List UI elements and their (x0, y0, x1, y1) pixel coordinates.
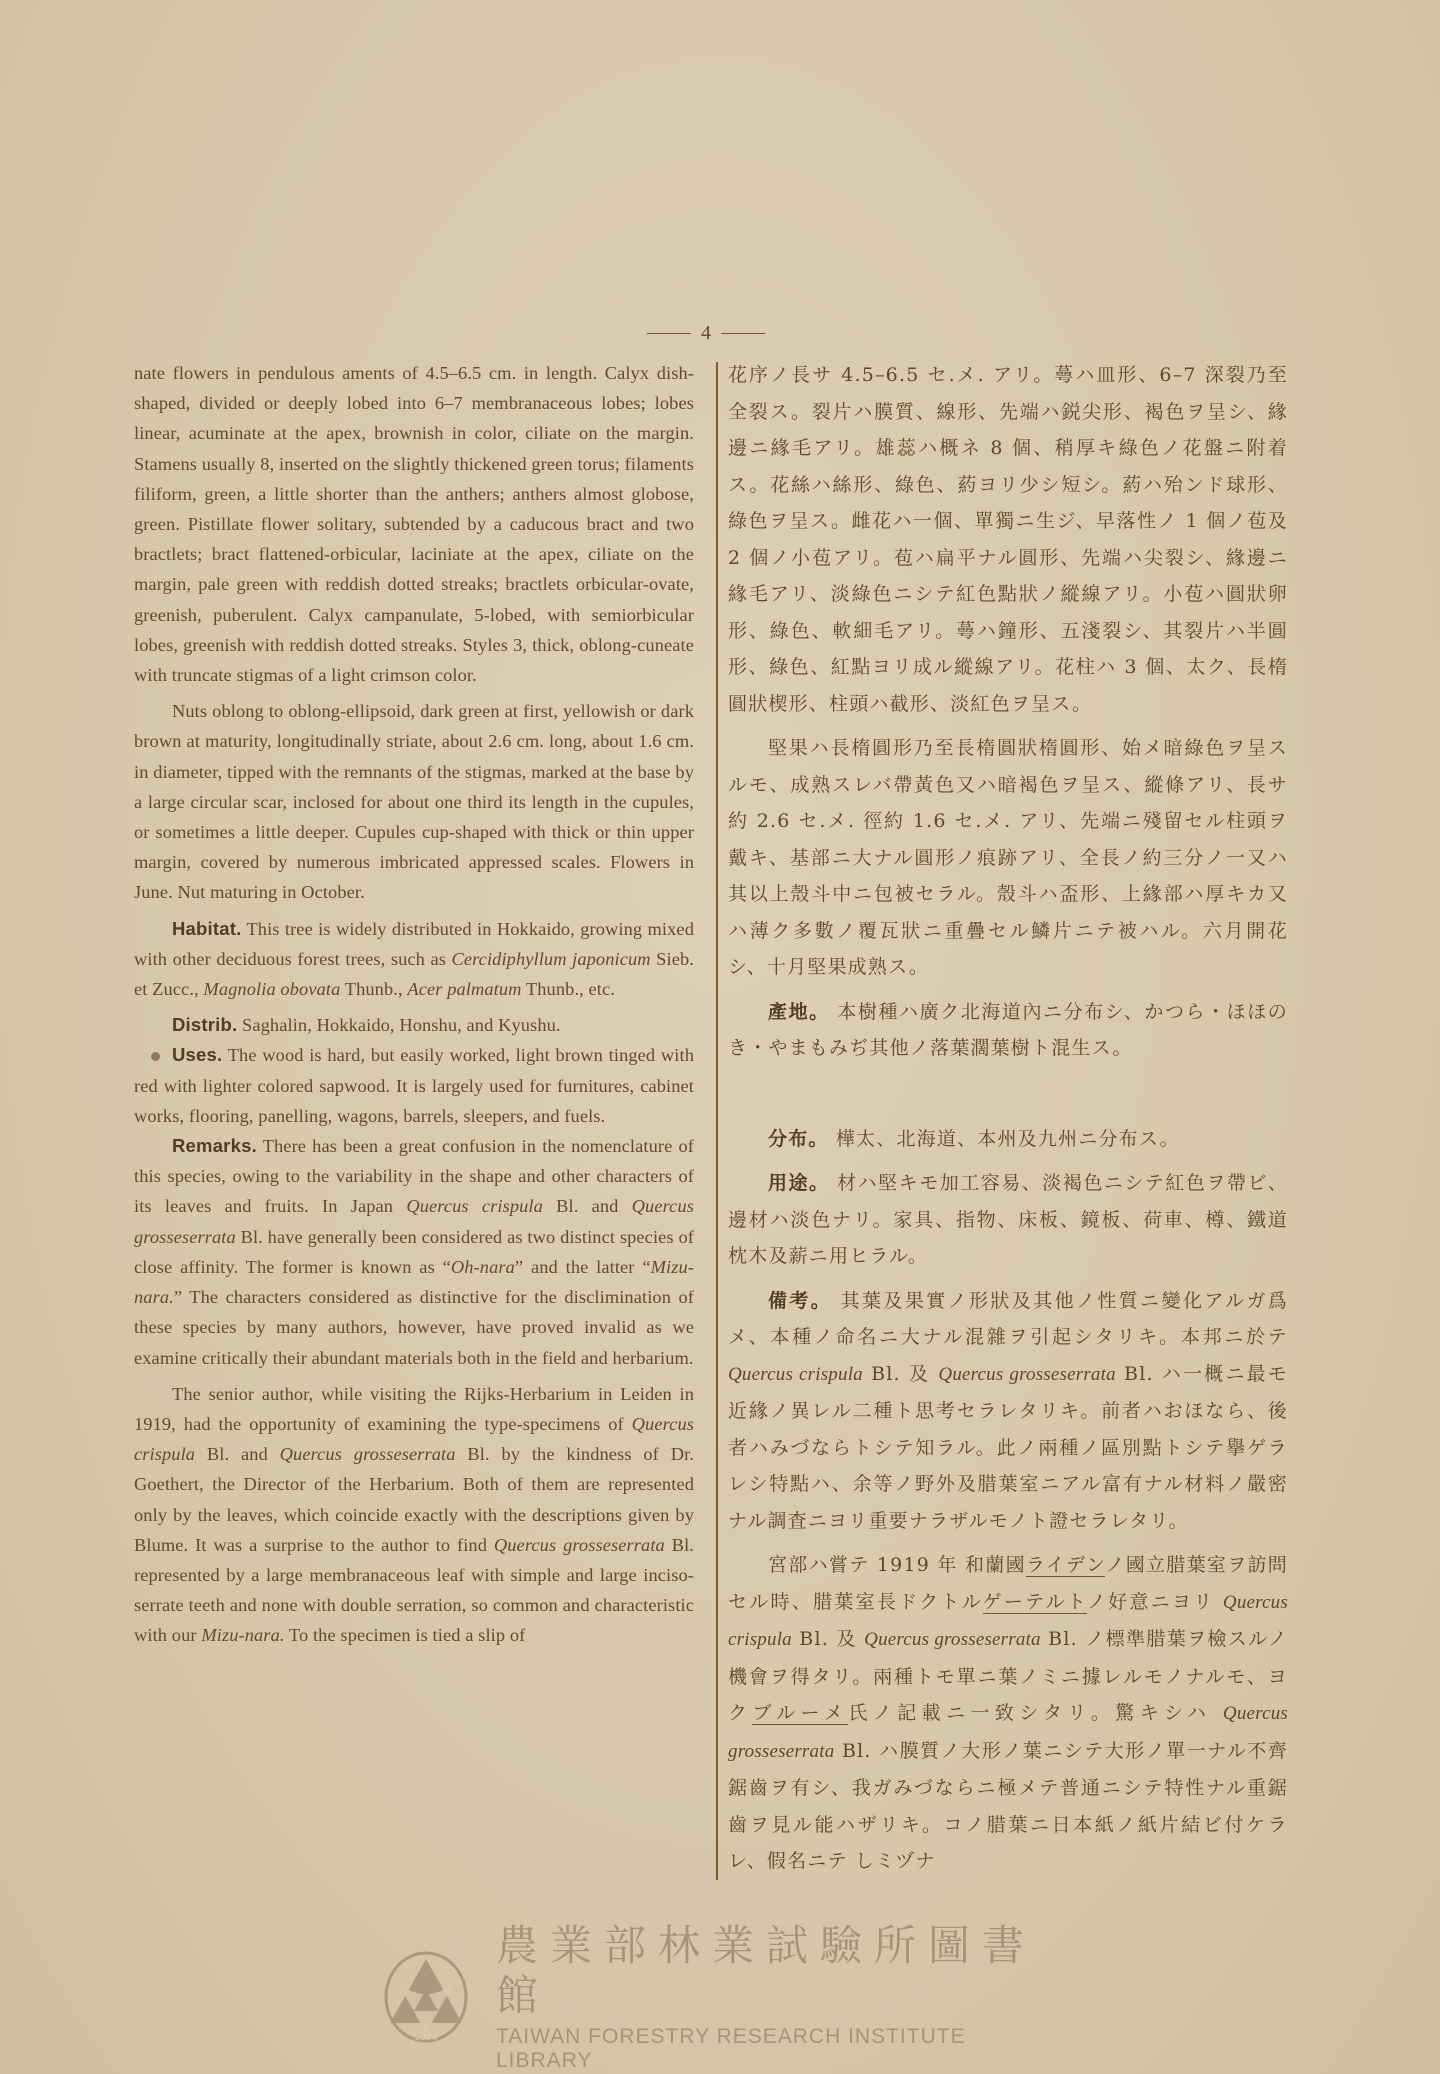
jp-uses-heading: 用途。 (768, 1172, 830, 1194)
jp-description-flowers: 花序ノ長サ 4.5–6.5 セ.メ. アリ。蕚ハ皿形、6–7 深裂乃至全裂ス。裂… (728, 357, 1288, 722)
common-name: Oh-nara (451, 1257, 515, 1277)
jp-type-specimen-note: 宮部ハ嘗テ 1919 年 和蘭國ライデンノ國立腊葉室ヲ訪問セル時、腊葉室長ドクト… (728, 1547, 1288, 1880)
species-name: Quercus crispula (728, 1364, 863, 1385)
underlined-place-name: ライデン (1026, 1554, 1106, 1577)
japanese-column: 花序ノ長サ 4.5–6.5 セ.メ. アリ。蕚ハ皿形、6–7 深裂乃至全裂ス。裂… (728, 357, 1288, 1880)
en-distribution: Distrib. Saghalin, Hokkaido, Honshu, and… (134, 1010, 694, 1040)
column-divider (716, 362, 718, 1880)
en-habitat: Habitat. This tree is widely distributed… (134, 914, 694, 1005)
species-name: Quercus grosseserrata (494, 1535, 665, 1555)
english-column: nate flowers in pendulous aments of 4.5–… (134, 358, 694, 1651)
paper-stain (151, 1052, 160, 1061)
page-number: 4 (636, 322, 776, 345)
species-name: Quercus grosseserrata (280, 1444, 456, 1464)
jp-remarks-heading: 備考。 (768, 1290, 832, 1312)
folio-rule-left (647, 333, 691, 334)
en-habitat-heading: Habitat. (172, 918, 241, 939)
species-name: Acer palmatum (407, 979, 521, 999)
library-name-english: TAIWAN FORESTRY RESEARCH INSTITUTE LIBRA… (496, 2025, 1066, 2073)
underlined-person-name: ブルーメ (752, 1702, 848, 1725)
library-watermark: 1896 農業部林業試驗所圖書館 TAIWAN FORESTRY RESEARC… (376, 1942, 1066, 2052)
svg-text:1896: 1896 (415, 2033, 438, 2043)
jp-uses: 用途。 材ハ堅キモ加工容易、淡褐色ニシテ紅色ヲ帶ビ、邊材ハ淡色ナリ。家具、指物、… (728, 1165, 1288, 1275)
species-name: Quercus grosseserrata (938, 1364, 1115, 1385)
en-distrib-heading: Distrib. (172, 1014, 237, 1035)
en-type-specimen-note: The senior author, while visiting the Ri… (134, 1379, 694, 1651)
en-remarks-heading: Remarks. (172, 1135, 257, 1156)
page-number-text: 4 (701, 322, 711, 345)
jp-distrib-heading: 分布。 (768, 1128, 829, 1150)
en-uses-heading: Uses. (172, 1044, 222, 1065)
jp-habitat: 產地。 本樹種ハ廣ク北海道內ニ分布シ、かつら・ほほのき・やまもみぢ其他ノ落葉濶葉… (728, 994, 1288, 1067)
species-name: Quercus grosseserrata (864, 1629, 1041, 1650)
en-uses: Uses. The wood is hard, but easily worke… (134, 1040, 694, 1131)
en-description-flowers: nate flowers in pendulous aments of 4.5–… (134, 358, 694, 690)
jp-distribution: 分布。 樺太、北海道、本州及九州ニ分布ス。 (728, 1121, 1288, 1158)
jp-habitat-heading: 產地。 (768, 1001, 830, 1023)
species-name: Quercus crispula (406, 1196, 543, 1216)
jp-remarks: 備考。 其葉及果實ノ形狀及其他ノ性質ニ變化アルガ爲メ、本種ノ命名ニ大ナル混雜ヲ引… (728, 1283, 1288, 1540)
species-name: Magnolia obovata (203, 979, 340, 999)
library-name-chinese: 農業部林業試驗所圖書館 (496, 1921, 1066, 2021)
underlined-person-name: ゲーテルト (983, 1591, 1087, 1614)
en-description-nuts: Nuts oblong to oblong-ellipsoid, dark gr… (134, 696, 694, 907)
folio-rule-right (721, 333, 765, 334)
forestry-institute-seal-icon: 1896 (376, 1945, 476, 2049)
en-remarks: Remarks. There has been a great confusio… (134, 1131, 694, 1373)
jp-description-nuts: 堅果ハ長楕圓形乃至長楕圓狀楕圓形、始メ暗綠色ヲ呈スルモ、成熟スレバ帶黃色又ハ暗褐… (728, 730, 1288, 986)
species-name: Cercidiphyllum japonicum (451, 949, 650, 969)
library-name-block: 農業部林業試驗所圖書館 TAIWAN FORESTRY RESEARCH INS… (496, 1921, 1066, 2073)
common-name: Mizu-nara. (201, 1625, 284, 1645)
